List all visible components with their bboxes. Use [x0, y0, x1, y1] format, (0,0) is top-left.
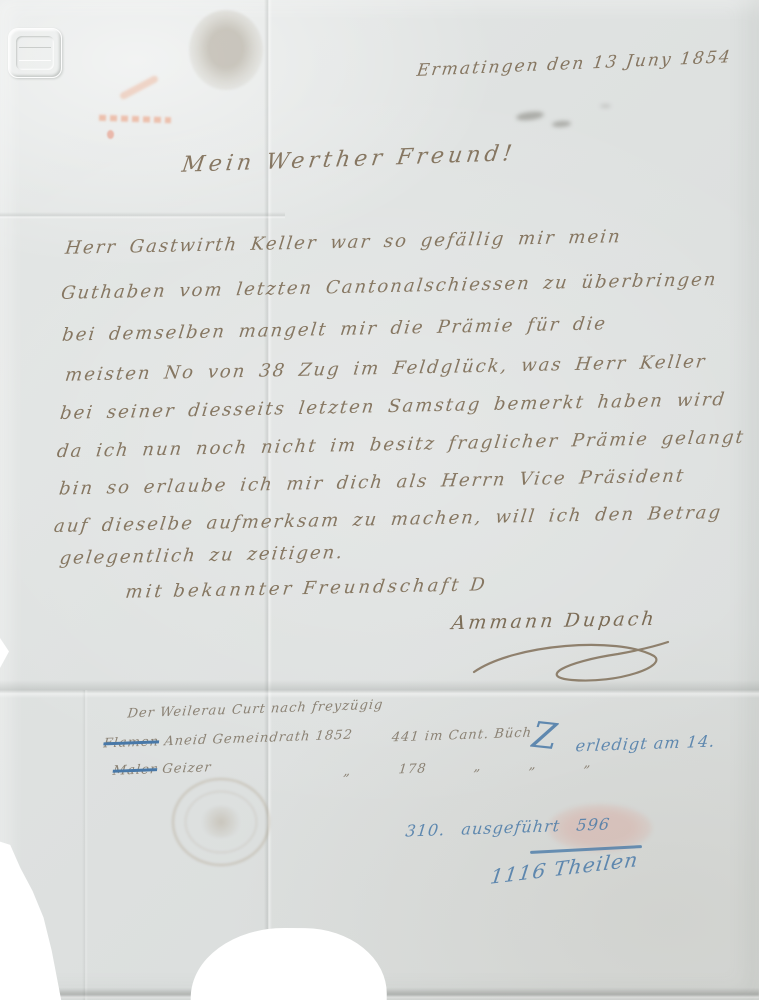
struck-word: Flamen [103, 734, 160, 751]
embossed-paper-seal [8, 28, 62, 78]
struck-word: Maler [112, 762, 158, 779]
lower-vertical-crease [82, 690, 88, 1000]
upper-horizontal-crease [0, 212, 285, 219]
wax-seal-stain [189, 10, 263, 90]
blue-flourish-z: Z [530, 715, 559, 758]
clerk-note-text: Geizer [161, 760, 212, 777]
scanned-letter-page: Ermatingen den 13 Juny 1854 Mein Werther… [0, 0, 759, 1000]
paper-bottom-edge-shadow [55, 988, 759, 998]
red-stamp-remnant [107, 130, 114, 139]
faded-postmark-stamp [172, 778, 270, 866]
signature-flourish [468, 636, 678, 694]
ink-smudge [600, 104, 611, 108]
letter-signature: Ammann Dupach [450, 608, 658, 634]
